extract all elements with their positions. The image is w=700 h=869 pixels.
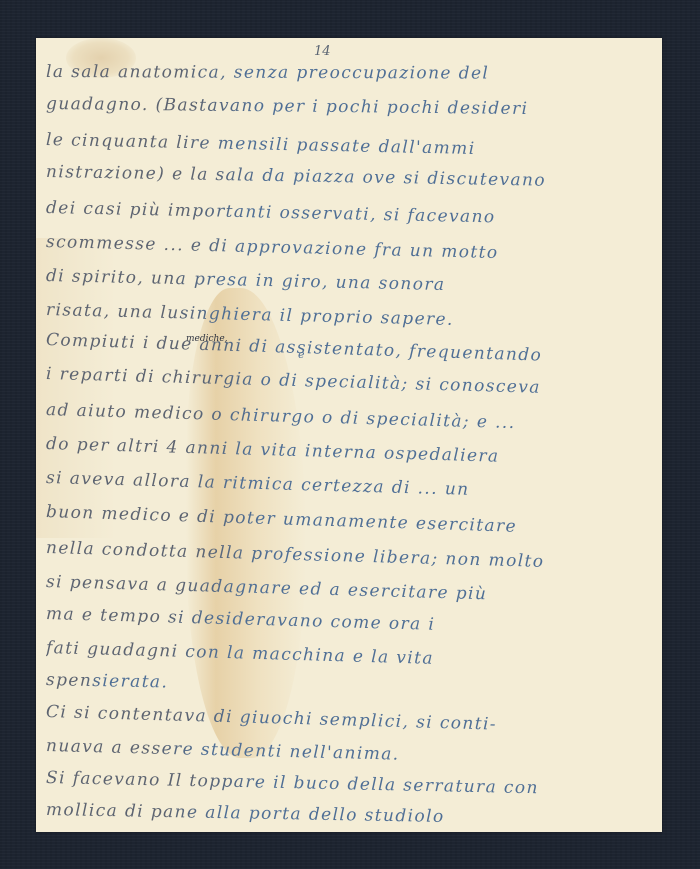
text-line: nuava a essere studenti nell'anima. [46,736,400,765]
text-line: la sala anatomica, senza preoccupazione … [46,62,489,84]
text-line: mollica di pane alla porta dello studiol… [46,800,445,827]
text-line: di spirito, una presa in giro, una sonor… [46,266,446,295]
text-line: dei casi più importanti osservati, si fa… [46,198,496,227]
manuscript-page: 14 la sala anatomica, senza preoccupazio… [36,38,662,832]
text-line: nistrazione) e la sala da piazza ove si … [46,162,546,191]
text-line: spensierata. [46,670,169,693]
interlinear-insertion: mediche, [186,334,228,344]
text-line: i reparti di chirurgia o di specialità; … [46,364,541,398]
text-line: si aveva allora la ritmica certezza di .… [46,468,470,500]
text-line: Ci si contentava di giuochi semplici, si… [46,702,498,735]
text-line: ad aiuto medico o chirurgo o di speciali… [46,400,516,433]
text-line: Si facevano Il toppare il buco della ser… [46,768,539,798]
text-line: Compiuti i due anni di assistentato, fre… [46,330,543,366]
text-line: le cinquanta lire mensili passate dall'a… [46,130,476,159]
text-line: guadagno. (Bastavano per i pochi pochi d… [46,94,529,119]
text-line: do per altri 4 anni la vita interna ospe… [46,434,500,467]
text-line: si pensava a guadagnare ed a esercitare … [46,572,488,604]
text-line: scommesse ... e di approvazione fra un m… [46,232,499,263]
text-line: buon medico e di poter umanamente eserci… [46,502,518,537]
page-number: 14 [314,44,331,59]
text-line: nella condotta nella professione libera;… [46,538,545,572]
text-line: risata, una lusinghiera il proprio saper… [46,300,454,330]
interlinear-insertion: e [298,348,305,361]
text-line: ma e tempo si desideravano come ora i [46,604,436,635]
text-line: fati guadagni con la macchina e la vita [46,638,434,669]
